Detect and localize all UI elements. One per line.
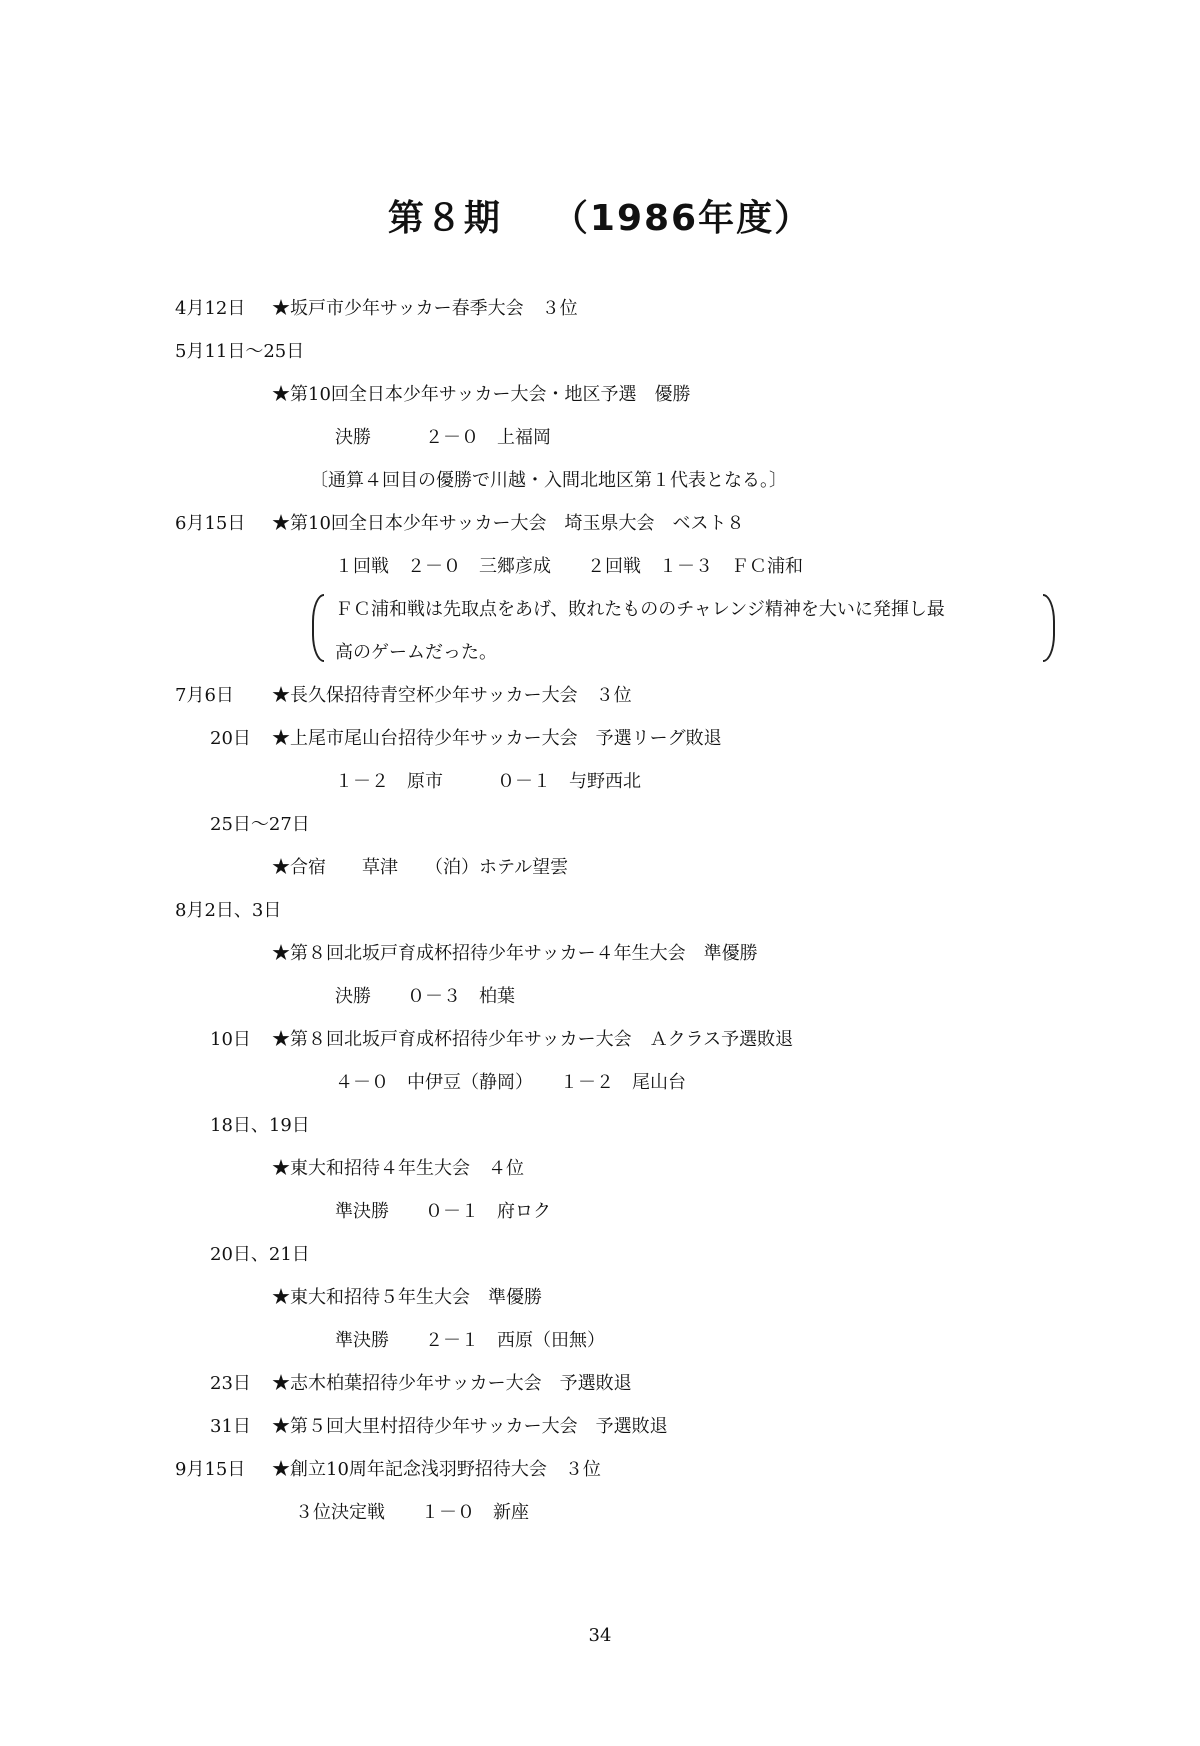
entry-text: ★第８回北坂戸育成杯招待少年サッカー４年生大会 準優勝 [272, 942, 758, 966]
entry-text: ★合宿 草津 （泊）ホテル望雲 [272, 856, 568, 880]
bracket-right [1043, 594, 1055, 662]
document-page: 第８期（1986年度） 4月12日 ★坂戸市少年サッカー春季大会 ３位 5月11… [0, 0, 1200, 1746]
entry-date: 7月6日 [175, 684, 234, 708]
title-term: 第８期 [388, 198, 502, 239]
entry-text: ★創立10周年記念浅羽野招待大会 ３位 [272, 1458, 601, 1482]
match-result: １回戦 ２－０ 三郷彦成 ２回戦 １－３ ＦＣ浦和 [335, 555, 803, 579]
entry-text: ★第10回全日本少年サッカー大会・地区予選 優勝 [272, 383, 691, 407]
match-result: ３位決定戦 １－０ 新座 [295, 1501, 529, 1525]
entry-text: ★上尾市尾山台招待少年サッカー大会 予選リーグ敗退 [272, 727, 722, 751]
entry-text: ★長久保招待青空杯少年サッカー大会 ３位 [272, 684, 632, 708]
entry-note: 〔通算４回目の優勝で川越・入間北地区第１代表となる。〕 [310, 469, 787, 493]
entry-text: ★坂戸市少年サッカー春季大会 ３位 [272, 297, 578, 321]
page-title: 第８期（1986年度） [0, 190, 1200, 241]
entry-text: ★第５回大里村招待少年サッカー大会 予選敗退 [272, 1415, 668, 1439]
entry-date: 6月15日 [175, 512, 245, 536]
match-result: 準決勝 ２－１ 西原（田無） [335, 1329, 605, 1353]
page-number: 34 [0, 1625, 1200, 1646]
entry-comment: ＦＣ浦和戦は先取点をあげ、敗れたもののチャレンジ精神を大いに発揮し最 [335, 598, 945, 622]
entry-text: ★第８回北坂戸育成杯招待少年サッカー大会 Ａクラス予選敗退 [272, 1028, 793, 1052]
entry-date: 18日、19日 [210, 1114, 310, 1138]
entry-text: ★第10回全日本少年サッカー大会 埼玉県大会 ベスト８ [272, 512, 745, 536]
entry-date: 8月2日、3日 [175, 899, 281, 923]
match-result: 準決勝 ０－１ 府ロク [335, 1200, 551, 1224]
match-result: ４－０ 中伊豆（静岡） １－２ 尾山台 [335, 1071, 686, 1095]
entry-comment: 高のゲームだった。 [335, 641, 497, 665]
entry-date: 25日～27日 [210, 813, 310, 837]
entry-date: 31日 [210, 1415, 251, 1439]
entry-date: 9月15日 [175, 1458, 245, 1482]
entry-date: 10日 [210, 1028, 251, 1052]
entry-date: 5月11日～25日 [175, 340, 304, 364]
entry-text: ★東大和招待４年生大会 ４位 [272, 1157, 524, 1181]
bracket-left [312, 594, 324, 662]
entry-date: 20日、21日 [210, 1243, 310, 1267]
entry-date: 23日 [210, 1372, 251, 1396]
entry-date: 4月12日 [175, 297, 245, 321]
title-year: （1986年度） [552, 198, 812, 239]
entry-text: ★東大和招待５年生大会 準優勝 [272, 1286, 542, 1310]
match-result: 決勝 ０－３ 柏葉 [335, 985, 515, 1009]
entry-text: ★志木柏葉招待少年サッカー大会 予選敗退 [272, 1372, 632, 1396]
match-result: １－２ 原市 ０－１ 与野西北 [335, 770, 641, 794]
entry-date: 20日 [210, 727, 251, 751]
match-result: 決勝 ２－０ 上福岡 [335, 426, 551, 450]
